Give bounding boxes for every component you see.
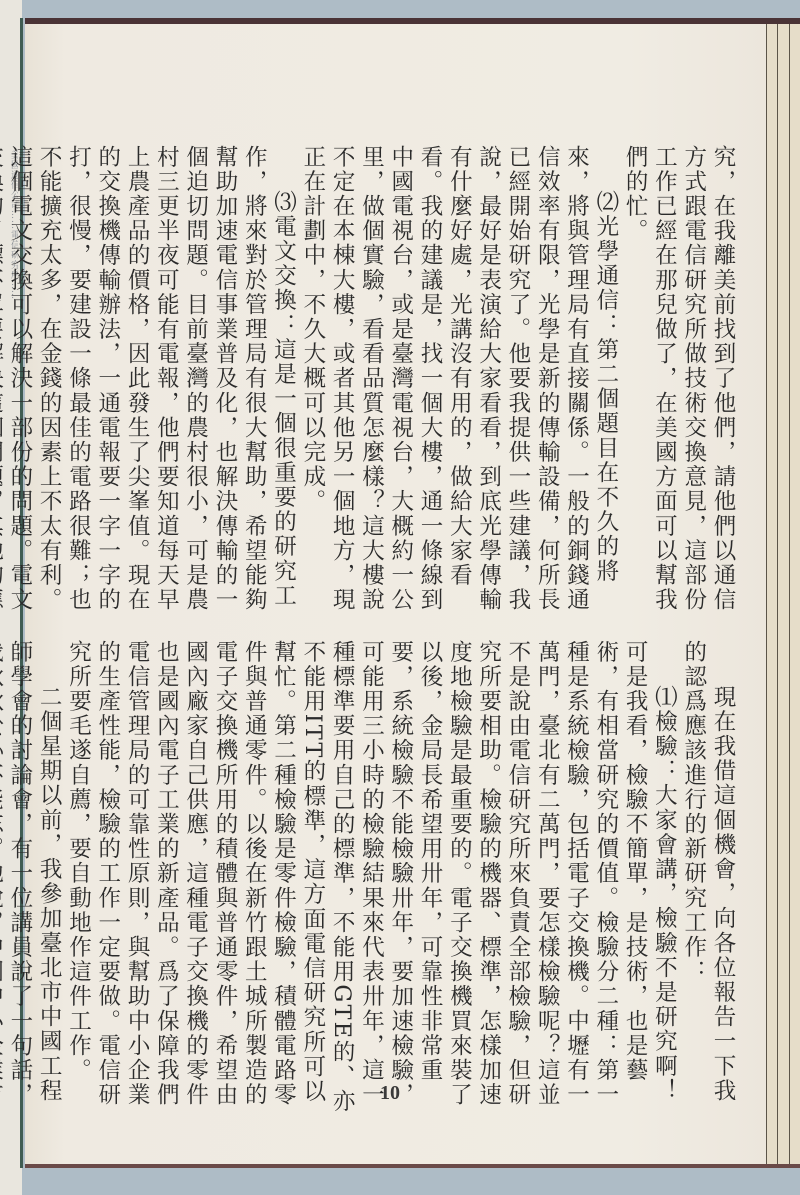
paragraph-engineers-meeting: 二個星期以前，我參加臺北市中國工程師學會的討論會，有一位講員說了一句話，我耿耿於… bbox=[0, 640, 63, 1115]
lower-text-section: 現在我借這個機會，向各位報告一下我的認爲應該進行的新研究工作： ⑴檢驗：大家會講… bbox=[87, 640, 737, 1115]
paragraph-message-switching: ⑶電文交換：這是一個很重要的研究工作，將來對於管理局有很大幫助，希望能夠幫助加速… bbox=[0, 145, 298, 620]
page-number: 10 bbox=[380, 1082, 400, 1105]
paragraph-optical-communication: ⑵光學通信：第二個題目在不久的將來，將與管理局有直接關係。一般的銅錢通信效率有限… bbox=[298, 145, 620, 620]
paragraph-new-research-intro: 現在我借這個機會，向各位報告一下我的認爲應該進行的新研究工作： bbox=[678, 640, 737, 1115]
page-fore-edges bbox=[766, 24, 800, 1164]
upper-text-section: 究，在我離美前找到了他們，請他們以通信方式跟電信研究所做技術交換意見，這部份工作… bbox=[117, 145, 737, 620]
paragraph-research-exchange: 究，在我離美前找到了他們，請他們以通信方式跟電信研究所做技術交換意見，這部份工作… bbox=[620, 145, 737, 620]
book-bottom-edge bbox=[25, 1164, 800, 1168]
paragraph-inspection: ⑴檢驗：大家會講，檢驗不是研究啊！可是我看，檢驗不簡單，是技術，也是藝術，有相當… bbox=[63, 640, 678, 1115]
